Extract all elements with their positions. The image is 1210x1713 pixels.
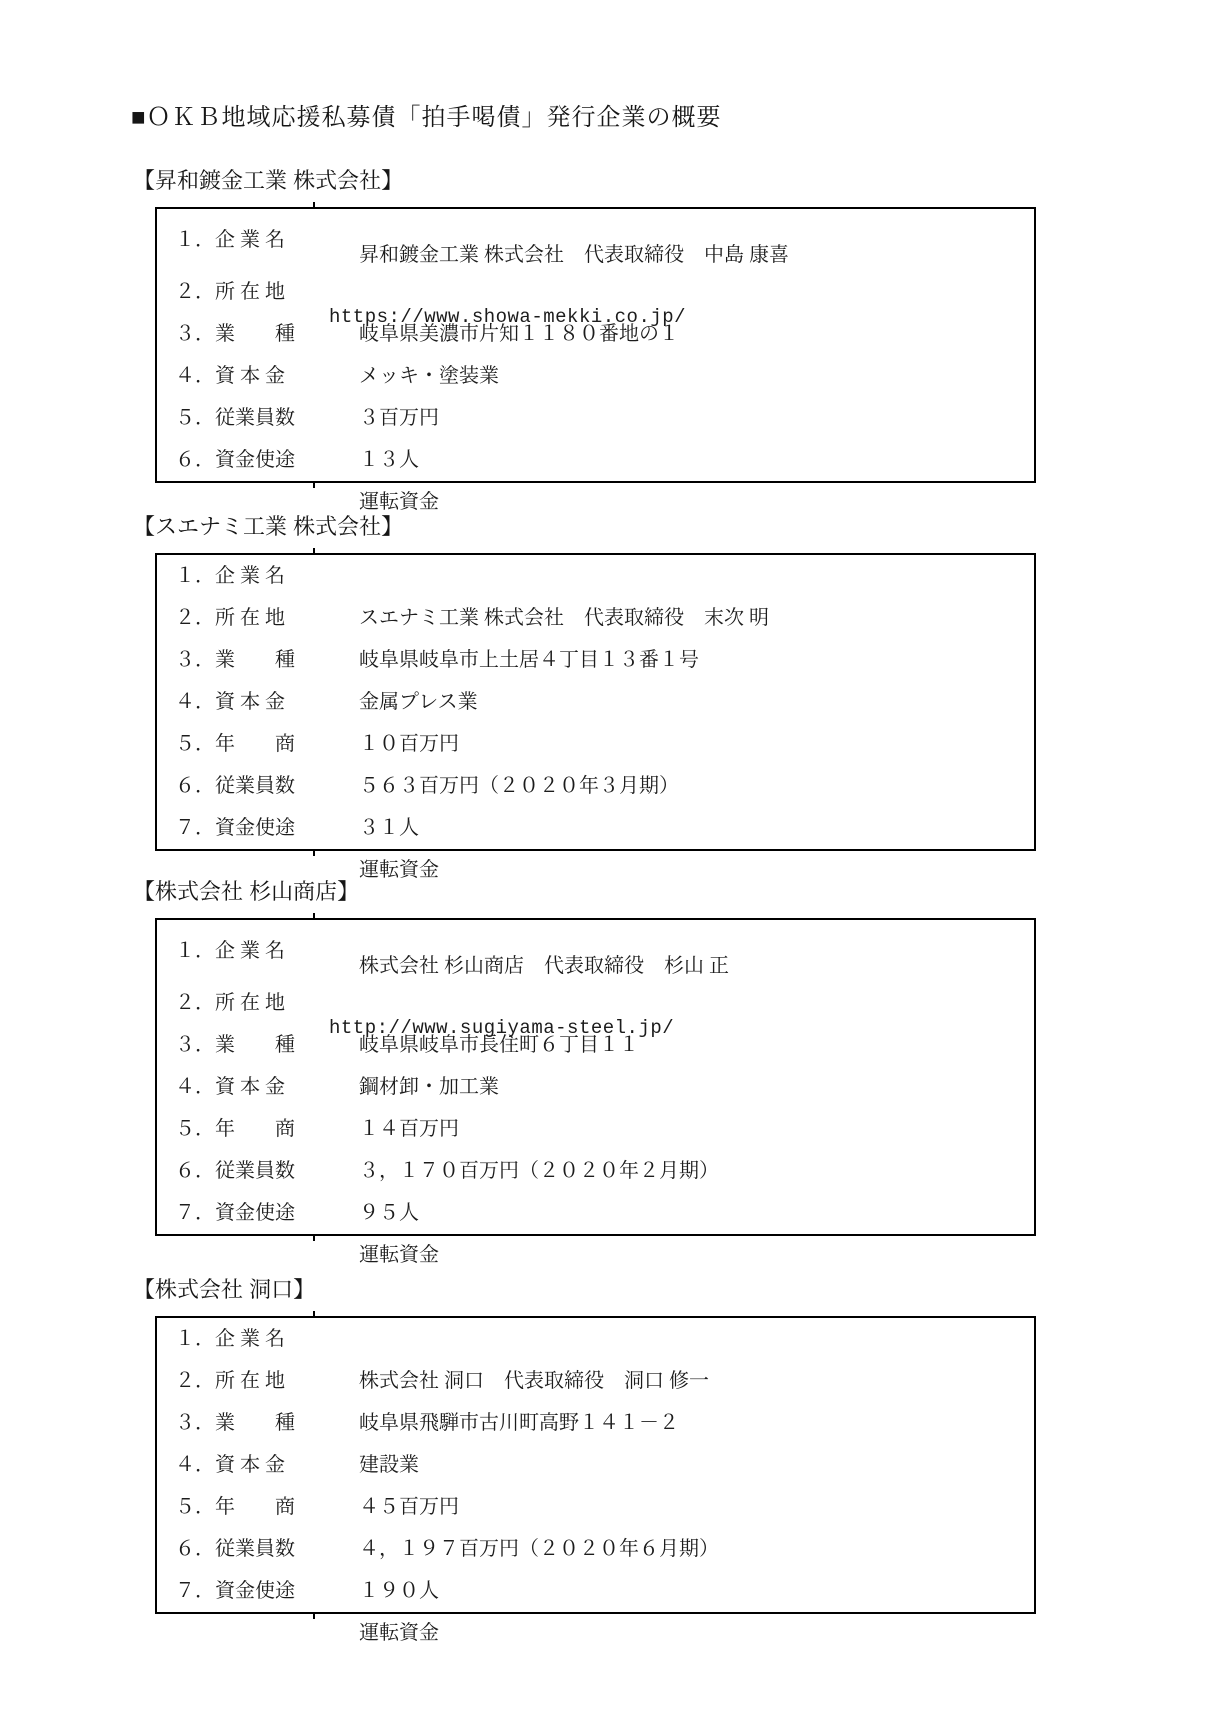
table-row: ６．従業員数 １９０人 [157, 1528, 1034, 1570]
company-section: 【昇和鍍金工業 株式会社】 １．企 業 名 昇和鍍金工業 株式会社 代表取締役 … [0, 166, 1210, 483]
row-value: 運転資金 [315, 439, 1034, 481]
row-label: ２．所 在 地 [157, 271, 315, 313]
table-row: ４．資 本 金 １０百万円 [157, 681, 1034, 723]
row-label: ４．資 本 金 [157, 1444, 315, 1486]
row-label: ５．年 商 [157, 1486, 315, 1528]
table-row: ２．所 在 地 岐阜県岐阜市長住町６丁目１１ [157, 982, 1034, 1024]
company-info-table: １．企 業 名 株式会社 洞口 代表取締役 洞口 修一 ２．所 在 地 岐阜県飛… [155, 1316, 1036, 1614]
table-row: ７．資金使途 運転資金 [157, 1570, 1034, 1612]
table-row: ５．年 商 ５６３百万円（２０２０年３月期） [157, 723, 1034, 765]
row-value: １４百万円 [315, 1066, 1034, 1108]
row-value: 岐阜県飛騨市古川町高野１４１－２ [315, 1360, 1034, 1402]
row-value: ３，１７０百万円（２０２０年２月期） [315, 1108, 1034, 1150]
row-label: ２．所 在 地 [157, 597, 315, 639]
company-heading: 【株式会社 杉山商店】 [133, 877, 1210, 907]
company-info-table: １．企 業 名 昇和鍍金工業 株式会社 代表取締役 中島 康喜 https://… [155, 207, 1036, 483]
column-divider-tick-top [313, 548, 315, 555]
row-label: ３．業 種 [157, 1024, 315, 1066]
row-value: 岐阜県美濃市片知１１８０番地の１ [315, 271, 1034, 313]
row-value: １９０人 [315, 1528, 1034, 1570]
company-section: 【株式会社 杉山商店】 １．企 業 名 株式会社 杉山商店 代表取締役 杉山 正… [0, 877, 1210, 1236]
table-row: ５．年 商 ４，１９７百万円（２０２０年６月期） [157, 1486, 1034, 1528]
row-label: ５．年 商 [157, 1108, 315, 1150]
table-row: ４．資 本 金 ４５百万円 [157, 1444, 1034, 1486]
row-label: １．企 業 名 [157, 1318, 315, 1360]
row-label: ２．所 在 地 [157, 982, 315, 1024]
table-row: １．企 業 名 株式会社 杉山商店 代表取締役 杉山 正 http://www.… [157, 920, 1034, 982]
row-label: １．企 業 名 [157, 920, 315, 982]
row-value-text: 運転資金 [359, 1244, 439, 1266]
row-value: １３人 [315, 397, 1034, 439]
row-label: ４．資 本 金 [157, 1066, 315, 1108]
row-label: ５．年 商 [157, 723, 315, 765]
row-value: 株式会社 杉山商店 代表取締役 杉山 正 http://www.sugiyama… [315, 920, 1034, 982]
row-value-text: 運転資金 [359, 1622, 439, 1644]
column-divider-tick-bottom [313, 1612, 315, 1619]
row-label: ７．資金使途 [157, 1570, 315, 1612]
column-divider-tick-top [313, 1311, 315, 1318]
table-row: ４．資 本 金 １４百万円 [157, 1066, 1034, 1108]
table-row: ５．年 商 ３，１７０百万円（２０２０年２月期） [157, 1108, 1034, 1150]
company-section: 【スエナミ工業 株式会社】 １．企 業 名 スエナミ工業 株式会社 代表取締役 … [0, 512, 1210, 851]
table-row: ２．所 在 地 岐阜県飛騨市古川町高野１４１－２ [157, 1360, 1034, 1402]
row-value: 昇和鍍金工業 株式会社 代表取締役 中島 康喜 https://www.show… [315, 209, 1034, 271]
table-row: ６．従業員数 ９５人 [157, 1150, 1034, 1192]
table-row: ３．業 種 メッキ・塗装業 [157, 313, 1034, 355]
row-value: 建設業 [315, 1402, 1034, 1444]
table-row: ５．従業員数 １３人 [157, 397, 1034, 439]
row-label: ５．従業員数 [157, 397, 315, 439]
table-row: ６．従業員数 ３１人 [157, 765, 1034, 807]
column-divider-tick-top [313, 202, 315, 209]
row-value: スエナミ工業 株式会社 代表取締役 末次 明 [315, 555, 1034, 597]
table-row: ６．資金使途 運転資金 [157, 439, 1034, 481]
table-row: ４．資 本 金 ３百万円 [157, 355, 1034, 397]
table-row: ７．資金使途 運転資金 [157, 1192, 1034, 1234]
column-divider-tick-top [313, 913, 315, 920]
row-value: ４，１９７百万円（２０２０年６月期） [315, 1486, 1034, 1528]
table-row: ３．業 種 鋼材卸・加工業 [157, 1024, 1034, 1066]
row-value: ３１人 [315, 765, 1034, 807]
company-section: 【株式会社 洞口】 １．企 業 名 株式会社 洞口 代表取締役 洞口 修一 ２．… [0, 1275, 1210, 1614]
company-info-table: １．企 業 名 スエナミ工業 株式会社 代表取締役 末次 明 ２．所 在 地 岐… [155, 553, 1036, 851]
table-row: １．企 業 名 スエナミ工業 株式会社 代表取締役 末次 明 [157, 555, 1034, 597]
company-heading: 【株式会社 洞口】 [133, 1275, 1210, 1305]
table-row: ３．業 種 金属プレス業 [157, 639, 1034, 681]
table-row: ２．所 在 地 岐阜県美濃市片知１１８０番地の１ [157, 271, 1034, 313]
row-label: ４．資 本 金 [157, 355, 315, 397]
table-row: １．企 業 名 昇和鍍金工業 株式会社 代表取締役 中島 康喜 https://… [157, 209, 1034, 271]
company-heading: 【スエナミ工業 株式会社】 [133, 512, 1210, 542]
row-value-text: 運転資金 [359, 491, 439, 513]
row-value: ５６３百万円（２０２０年３月期） [315, 723, 1034, 765]
row-value: 運転資金 [315, 807, 1034, 849]
company-info-table: １．企 業 名 株式会社 杉山商店 代表取締役 杉山 正 http://www.… [155, 918, 1036, 1236]
row-value: ９５人 [315, 1150, 1034, 1192]
row-value: 金属プレス業 [315, 639, 1034, 681]
row-label: ４．資 本 金 [157, 681, 315, 723]
table-row: ７．資金使途 運転資金 [157, 807, 1034, 849]
column-divider-tick-bottom [313, 849, 315, 856]
row-label: ２．所 在 地 [157, 1360, 315, 1402]
row-value: 岐阜県岐阜市長住町６丁目１１ [315, 982, 1034, 1024]
row-value: １０百万円 [315, 681, 1034, 723]
row-label: １．企 業 名 [157, 209, 315, 271]
row-label: ６．従業員数 [157, 1150, 315, 1192]
document-page: ■ＯＫＢ地域応援私募債「拍手喝債」発行企業の概要 【昇和鍍金工業 株式会社】 １… [0, 0, 1210, 1713]
row-value-text: 昇和鍍金工業 株式会社 代表取締役 中島 康喜 [359, 244, 789, 266]
table-row: １．企 業 名 株式会社 洞口 代表取締役 洞口 修一 [157, 1318, 1034, 1360]
row-label: ７．資金使途 [157, 1192, 315, 1234]
row-value: 運転資金 [315, 1570, 1034, 1612]
table-row: ２．所 在 地 岐阜県岐阜市上土居４丁目１３番１号 [157, 597, 1034, 639]
row-value: メッキ・塗装業 [315, 313, 1034, 355]
row-label: ７．資金使途 [157, 807, 315, 849]
row-value: ４５百万円 [315, 1444, 1034, 1486]
row-label: ３．業 種 [157, 1402, 315, 1444]
row-label: ３．業 種 [157, 313, 315, 355]
company-heading: 【昇和鍍金工業 株式会社】 [133, 166, 1210, 196]
document-title: ■ＯＫＢ地域応援私募債「拍手喝債」発行企業の概要 [131, 102, 722, 134]
row-value: 岐阜県岐阜市上土居４丁目１３番１号 [315, 597, 1034, 639]
row-value: ３百万円 [315, 355, 1034, 397]
row-label: ６．資金使途 [157, 439, 315, 481]
row-label: ３．業 種 [157, 639, 315, 681]
row-label: ６．従業員数 [157, 1528, 315, 1570]
row-value: 鋼材卸・加工業 [315, 1024, 1034, 1066]
table-row: ３．業 種 建設業 [157, 1402, 1034, 1444]
row-value-text: 株式会社 杉山商店 代表取締役 杉山 正 [359, 955, 729, 977]
row-value: 株式会社 洞口 代表取締役 洞口 修一 [315, 1318, 1034, 1360]
row-value: 運転資金 [315, 1192, 1034, 1234]
column-divider-tick-bottom [313, 481, 315, 488]
row-label: １．企 業 名 [157, 555, 315, 597]
column-divider-tick-bottom [313, 1234, 315, 1241]
row-label: ６．従業員数 [157, 765, 315, 807]
